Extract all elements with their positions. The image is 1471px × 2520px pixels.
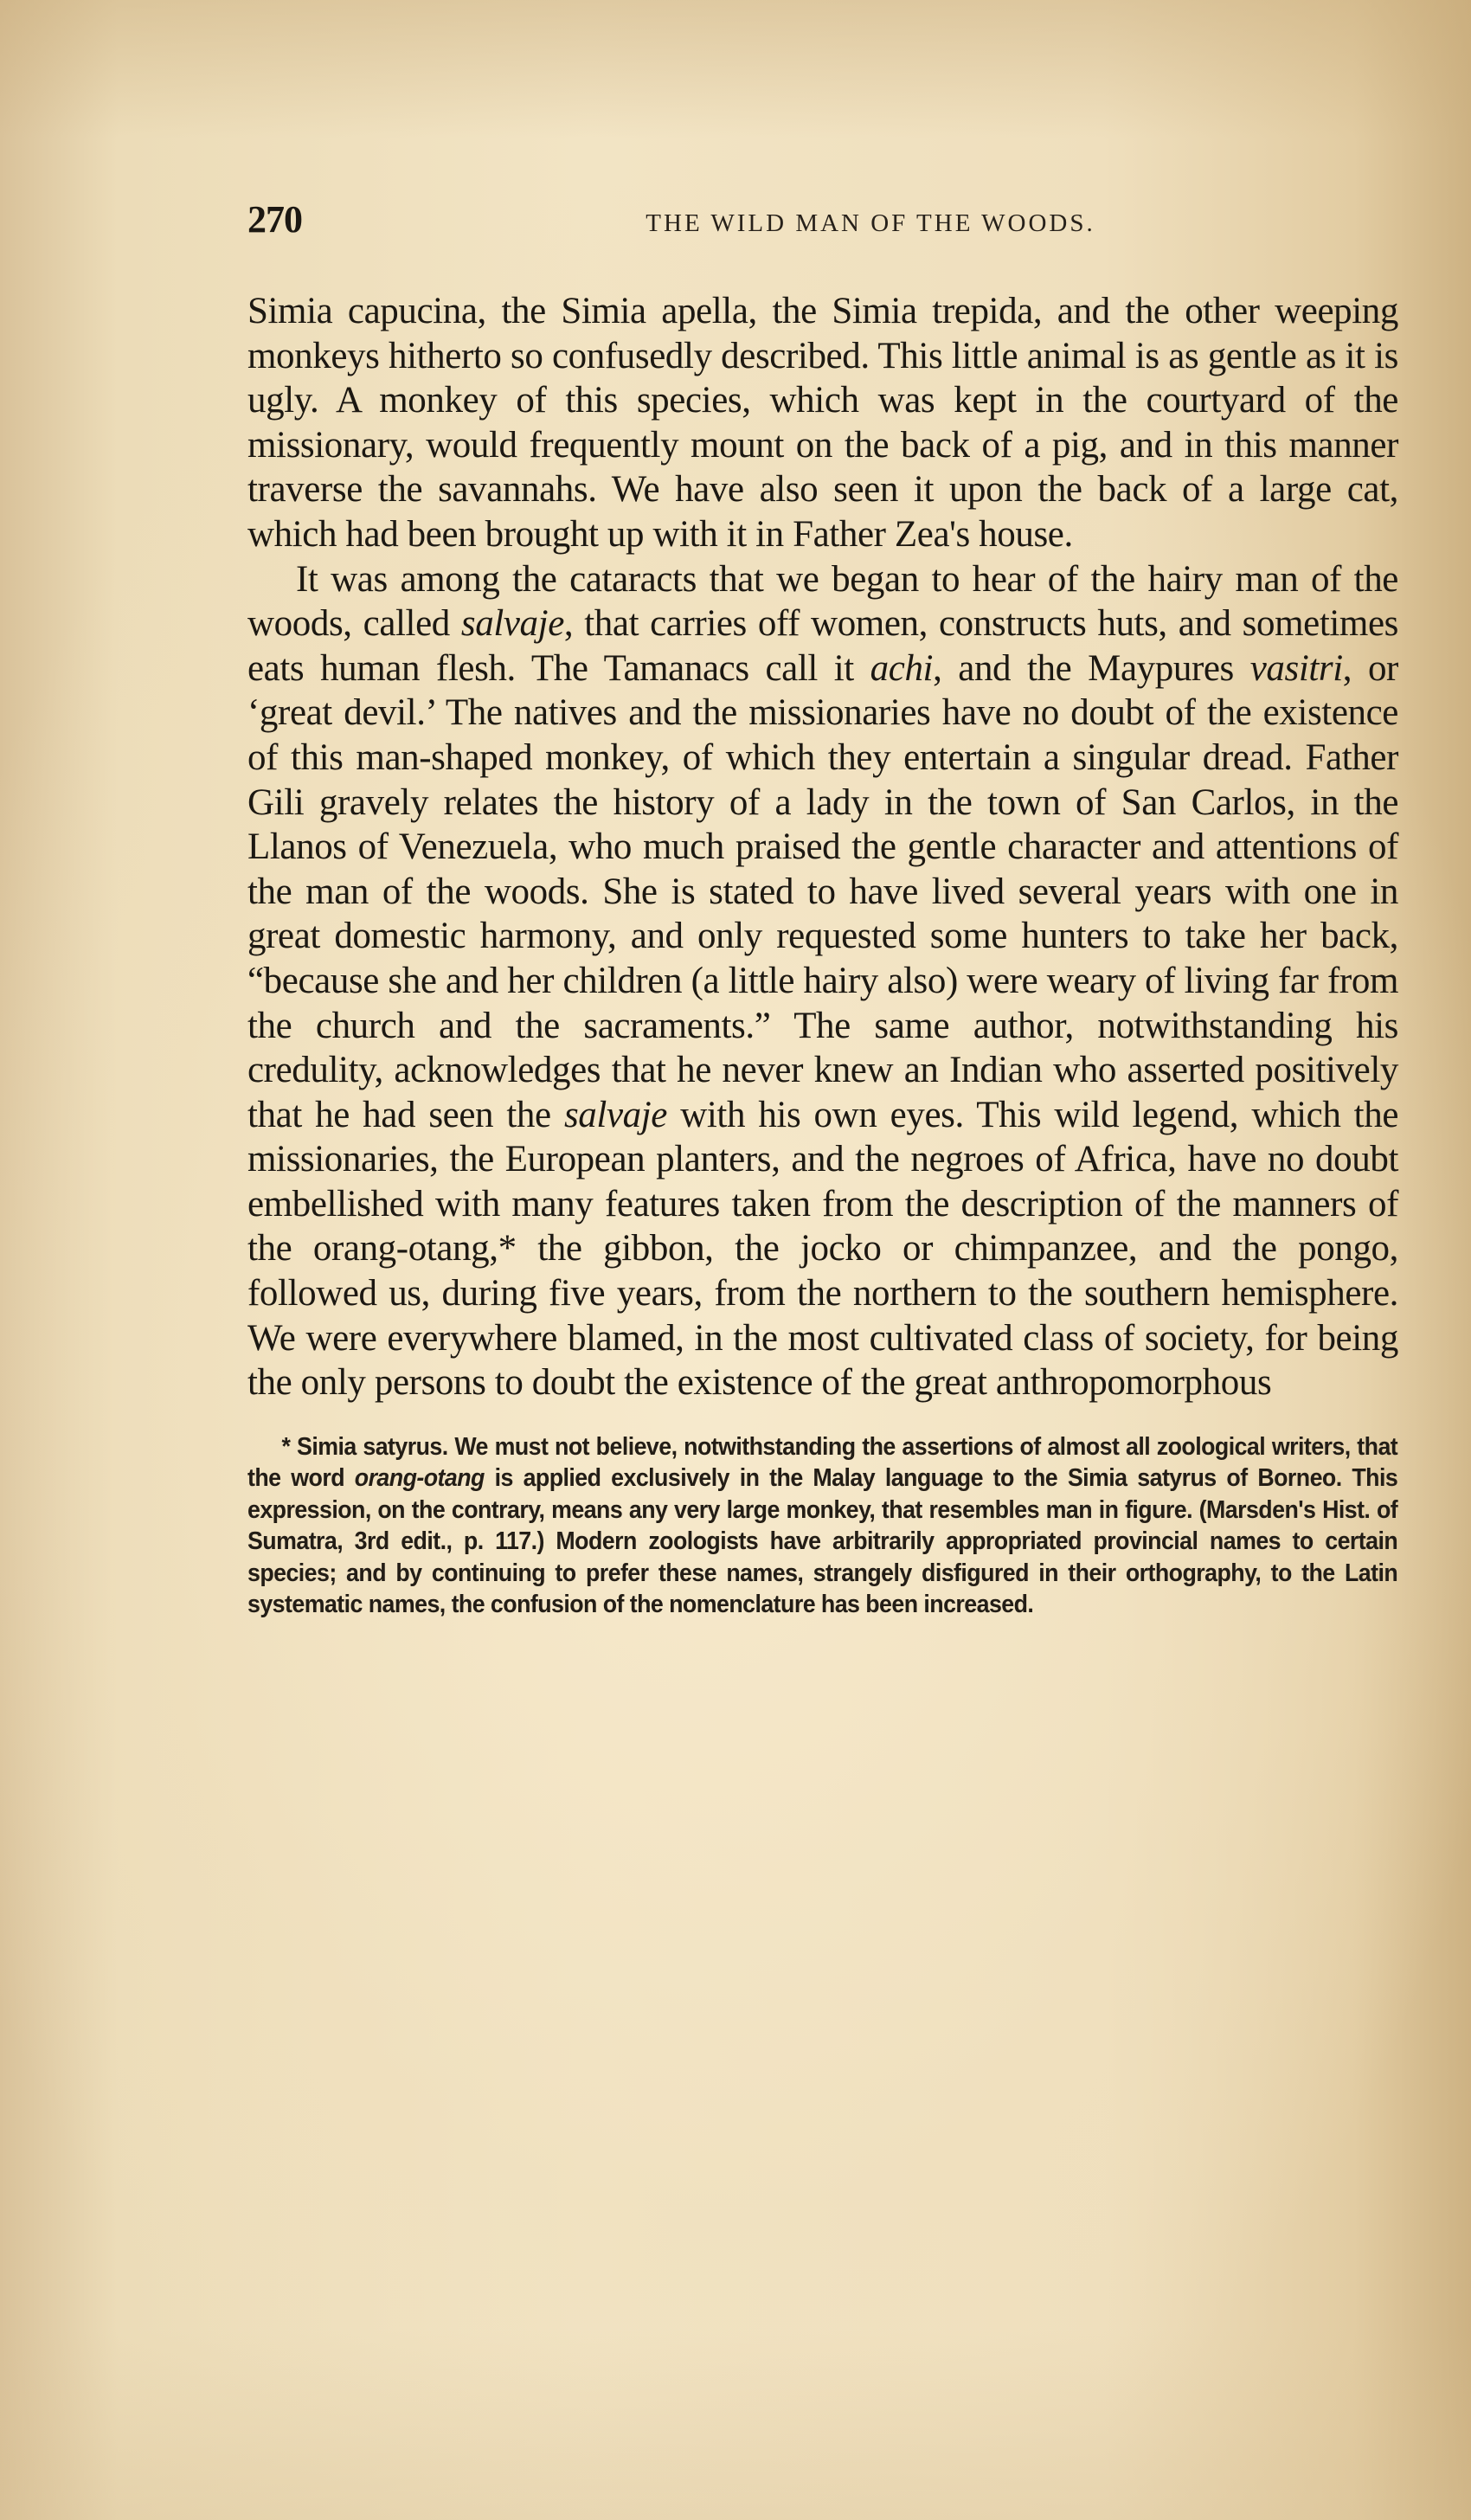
body-text: Simia capucina, the Simia apella, the Si… [247, 289, 1398, 1405]
book-page: 270 THE WILD MAN OF THE WOODS. Simia cap… [247, 197, 1398, 1621]
running-head: 270 THE WILD MAN OF THE WOODS. [247, 197, 1398, 249]
italic-term-orang-otang: orang-otang [355, 1464, 485, 1492]
italic-term-vasitri: vasitri [1250, 648, 1343, 689]
italic-term-achi: achi [870, 648, 933, 689]
paragraph-2-segment: , or ‘great devil.’ The natives and the … [247, 648, 1398, 1135]
page-edge-shading-top [0, 0, 1471, 138]
footnote-text: * Simia satyrus. We must not believe, no… [247, 1431, 1397, 1621]
paragraph-2-segment: with his own eyes. This wild legend, whi… [247, 1095, 1398, 1404]
paragraph-2-segment: , and the Maypures [933, 648, 1250, 689]
paragraph-2: It was among the cataracts that we began… [247, 557, 1398, 1405]
page-number: 270 [247, 197, 302, 241]
italic-term-salvaje: salvaje [461, 603, 564, 644]
footnote: * Simia satyrus. We must not believe, no… [247, 1431, 1397, 1621]
italic-term-salvaje: salvaje [564, 1095, 667, 1135]
paragraph-1: Simia capucina, the Simia apella, the Si… [247, 289, 1398, 557]
page-edge-shading-bottom [0, 2330, 1471, 2520]
running-title: THE WILD MAN OF THE WOODS. [351, 209, 1390, 238]
